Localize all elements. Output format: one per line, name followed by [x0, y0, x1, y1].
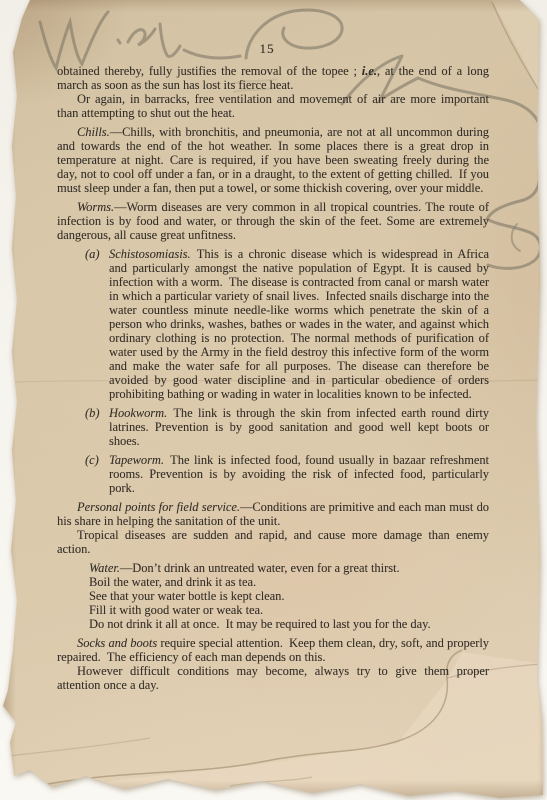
paragraph: Worms.—Worm diseases are very common in … — [57, 200, 489, 242]
list-item: (c)Tapeworm. The link is infected food, … — [57, 453, 489, 495]
page-text: obtained thereby, fully justifies the re… — [57, 64, 489, 692]
paragraph: Boil the water, and drink it as tea. — [57, 575, 489, 589]
text-segment: —Worm diseases are very common in all tr… — [57, 200, 489, 242]
margin-pencil-mark — [512, 224, 520, 251]
text-segment: —Chills, with bronchitis, and pneumonia,… — [57, 125, 489, 195]
text-segment: obtained thereby, fully justifies the re… — [57, 64, 362, 78]
text-segment: Personal points for field service. — [77, 500, 240, 514]
list-item: (b)Hookworm. The link is through the ski… — [57, 406, 489, 448]
text-segment: Tropical diseases are sudden and rapid, … — [57, 528, 489, 556]
scan-background: 15 obtained thereby, fully justifies the… — [0, 0, 547, 800]
paper-sheet: 15 obtained thereby, fully justifies the… — [0, 0, 547, 800]
scanned-page: 15 obtained thereby, fully justifies the… — [0, 0, 547, 800]
text-segment: However difficult conditions may become,… — [57, 664, 489, 692]
paragraph: Do not drink it all at once. It may be r… — [57, 617, 489, 631]
text-segment: The link is infected food, found usually… — [109, 453, 489, 495]
text-segment: Socks and boots — [77, 636, 157, 650]
text-segment: Hookworm. — [109, 406, 167, 420]
paragraph: Fill it with good water or weak tea. — [57, 603, 489, 617]
page-number: 15 — [57, 41, 477, 57]
paragraph: However difficult conditions may become,… — [57, 664, 489, 692]
paragraph: Chills.—Chills, with bronchitis, and pne… — [57, 125, 489, 195]
text-segment: Chills. — [77, 125, 110, 139]
paragraph: Water.—Don’t drink an untreated water, e… — [57, 561, 489, 575]
text-segment: This is a chronic disease which is wides… — [109, 247, 489, 401]
text-segment: Water. — [89, 561, 120, 575]
list-marker: (b) — [85, 406, 99, 420]
paragraph: Tropical diseases are sudden and rapid, … — [57, 528, 489, 556]
text-segment: Fill it with good water or weak tea. — [89, 603, 263, 617]
text-segment: i.e. — [362, 64, 377, 78]
text-segment: See that your water bottle is kept clean… — [89, 589, 284, 603]
paragraph: Socks and boots require special attentio… — [57, 636, 489, 664]
list-marker: (a) — [85, 247, 99, 261]
text-segment: Schistosomiasis. — [109, 247, 191, 261]
text-segment: Worms. — [77, 200, 114, 214]
text-segment: Boil the water, and drink it as tea. — [89, 575, 256, 589]
text-segment: Do not drink it all at once. It may be r… — [89, 617, 431, 631]
paragraph: Or again, in barracks, free ventilation … — [57, 92, 489, 120]
text-segment: Or again, in barracks, free ventilation … — [57, 92, 489, 120]
paragraph: obtained thereby, fully justifies the re… — [57, 64, 489, 92]
paragraph: Personal points for field service.—Condi… — [57, 500, 489, 528]
text-segment: Tapeworm. — [109, 453, 164, 467]
text-segment: —Don’t drink an untreated water, even fo… — [120, 561, 400, 575]
list-marker: (c) — [85, 453, 99, 467]
paragraph: See that your water bottle is kept clean… — [57, 589, 489, 603]
list-item: (a)Schistosomiasis. This is a chronic di… — [57, 247, 489, 401]
